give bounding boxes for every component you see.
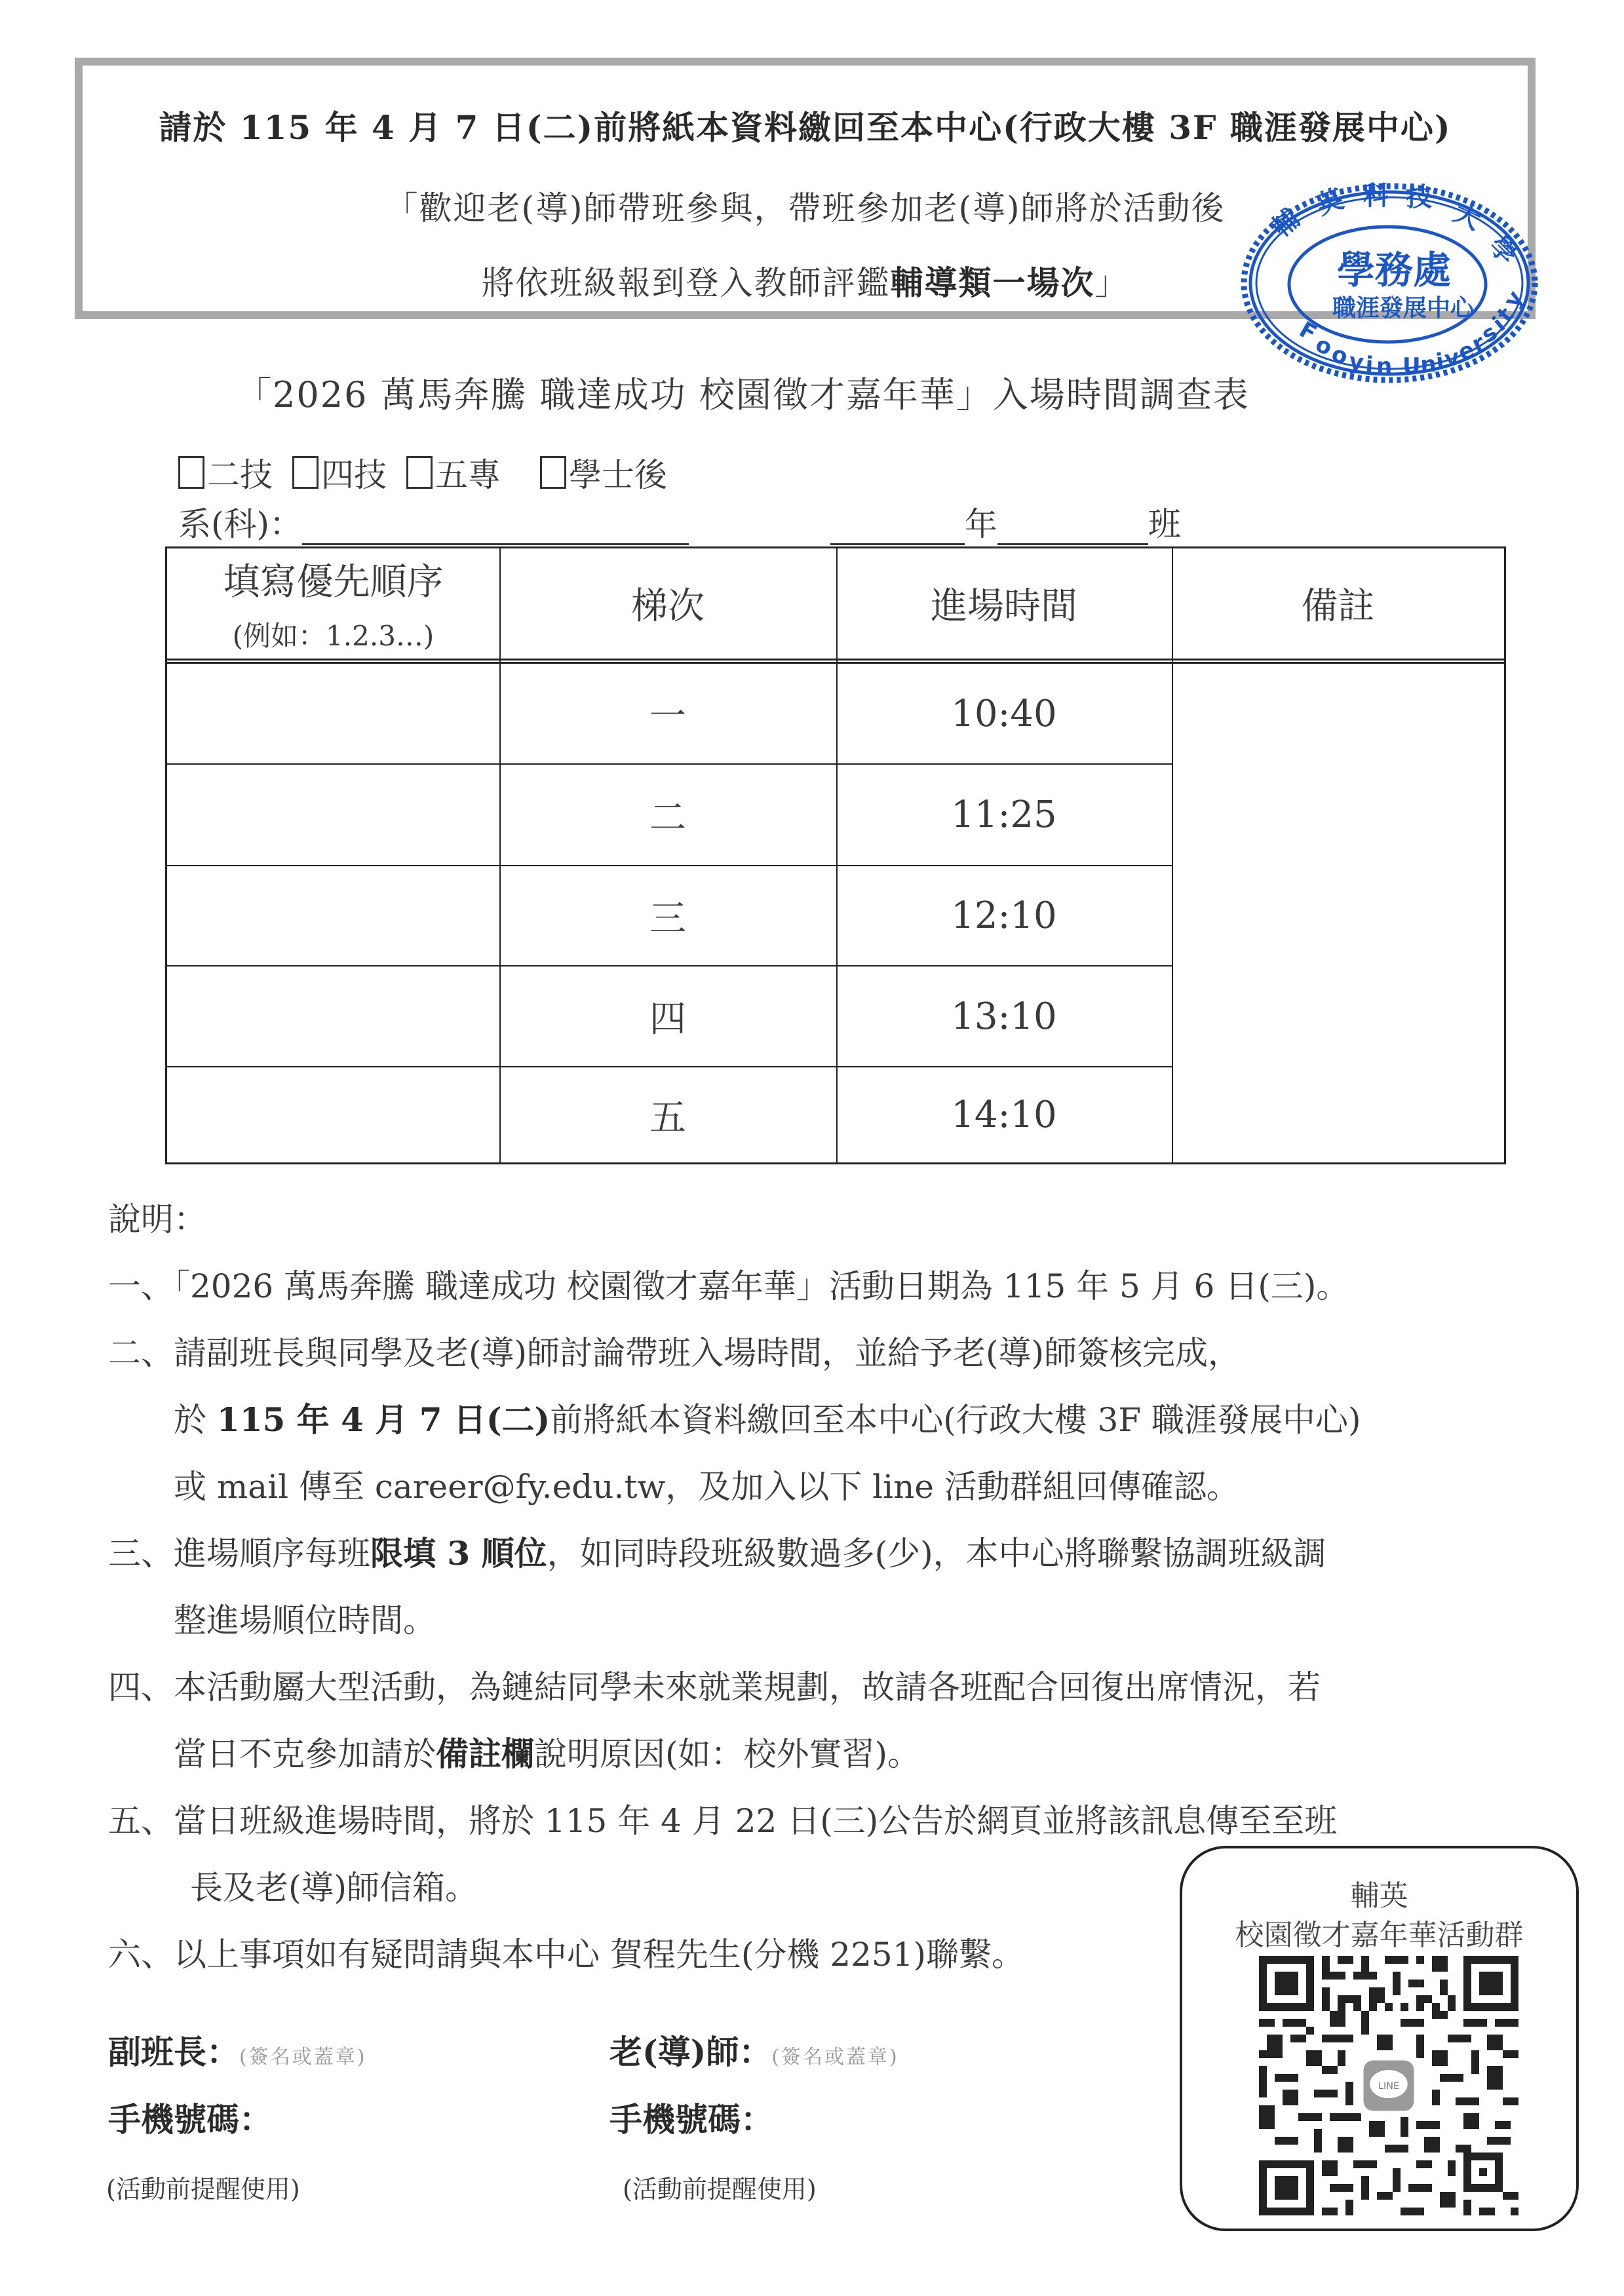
svg-text:職涯發展中心: 職涯發展中心 bbox=[1332, 295, 1475, 322]
header-priority: 填寫優先順序 (例如：1.2.3…) bbox=[167, 548, 499, 659]
department-field[interactable] bbox=[302, 512, 689, 545]
vice-leader-phone[interactable]: 手機號碼： bbox=[108, 2094, 272, 2141]
checkbox-post-bachelor[interactable] bbox=[540, 456, 566, 489]
entry-time-2: 11:25 bbox=[836, 765, 1172, 865]
program-option-5yr[interactable]: 五專 bbox=[406, 449, 501, 496]
batch-3: 三 bbox=[499, 866, 836, 965]
entry-time-4: 13:10 bbox=[836, 966, 1172, 1066]
department-label: 系(科)： bbox=[178, 505, 302, 543]
year-label: 年 bbox=[965, 505, 997, 543]
remark-input[interactable] bbox=[1173, 664, 1504, 1162]
class-field[interactable] bbox=[997, 512, 1148, 545]
batch-1: 一 bbox=[499, 664, 836, 763]
teacher-reminder-note: (活動前提醒使用) bbox=[623, 2169, 817, 2205]
teacher-phone[interactable]: 手機號碼： bbox=[609, 2094, 773, 2141]
svg-text:學務處: 學務處 bbox=[1337, 248, 1451, 292]
note-2: 二、請副班長與同學及老(導)師討論帶班入場時間，並給予老(導)師簽核完成， bbox=[108, 1320, 1550, 1387]
class-label: 班 bbox=[1148, 505, 1181, 543]
program-option-post-bachelor[interactable]: 學士後 bbox=[540, 449, 667, 496]
note-4: 四、本活動屬大型活動，為鏈結同學未來就業規劃，故請各班配合回復出席情況，若 bbox=[108, 1654, 1550, 1721]
entry-time-3: 12:10 bbox=[836, 866, 1172, 965]
note-4-cont: 當日不克參加請於備註欄說明原因(如：校外實習)。 bbox=[108, 1721, 1550, 1788]
note-2-email: 或 mail 傳至 career@fy.edu.tw，及加入以下 line 活動… bbox=[108, 1453, 1550, 1520]
form-title: 「2026 萬馬奔騰 職達成功 校園徵才嘉年華」入場時間調查表 bbox=[236, 367, 1250, 417]
program-option-2yr[interactable]: 二技 bbox=[178, 449, 273, 496]
program-option-4yr[interactable]: 四技 bbox=[292, 449, 387, 496]
priority-input-1[interactable] bbox=[167, 664, 499, 763]
program-type-options: 二技 四技 五專 學士後 bbox=[178, 449, 667, 496]
note-3: 三、進場順序每班限填 3 順位，如同時段班級數過多(少)，本中心將聯繫協調班級調 bbox=[108, 1520, 1550, 1587]
vice-leader-reminder-note: (活動前提醒使用) bbox=[106, 2169, 300, 2205]
svg-text:科: 科 bbox=[1363, 181, 1389, 211]
note-1: 一、「2026 萬馬奔騰 職達成功 校園徵才嘉年華」活動日期為 115 年 5 … bbox=[108, 1253, 1550, 1320]
svg-text:i: i bbox=[1365, 352, 1374, 379]
entry-time-table: 填寫優先順序 (例如：1.2.3…) 梯次 進場時間 備註 一 10:40 二 … bbox=[165, 546, 1506, 1164]
batch-4: 四 bbox=[499, 966, 836, 1066]
priority-input-5[interactable] bbox=[167, 1067, 499, 1162]
priority-input-2[interactable] bbox=[167, 765, 499, 865]
batch-2: 二 bbox=[499, 765, 836, 865]
line-logo-icon: LINE bbox=[1378, 2081, 1399, 2092]
batch-5: 五 bbox=[499, 1067, 836, 1162]
instructions-heading: 說明： bbox=[108, 1186, 1550, 1253]
vice-leader-signature[interactable]: 副班長：(簽名或蓋章) bbox=[108, 2026, 366, 2073]
note-2-deadline: 於 115 年 4 月 7 日(二)前將紙本資料繳回至本中心(行政大樓 3F 職… bbox=[108, 1387, 1550, 1453]
checkbox-2yr[interactable] bbox=[178, 456, 204, 489]
qr-title-group: 校園徵才嘉年華活動群 bbox=[1182, 1911, 1576, 1953]
header-divider bbox=[167, 659, 1504, 664]
submission-deadline-text: 請於 115 年 4 月 7 日(二)前將紙本資料繳回至本中心(行政大樓 3F … bbox=[83, 102, 1528, 149]
class-info-row: 系(科)： 年班 bbox=[178, 498, 1181, 545]
header-batch: 梯次 bbox=[499, 548, 836, 659]
svg-text:技: 技 bbox=[1406, 182, 1432, 212]
university-stamp-icon: 輔 英 科 技 大 學 學務處 職涯發展中心 F o o y i n U n i… bbox=[1235, 178, 1543, 388]
checkbox-4yr[interactable] bbox=[292, 456, 319, 489]
note-5: 五、當日班級進場時間，將於 115 年 4 月 22 日(三)公告於網頁並將該訊… bbox=[108, 1788, 1550, 1854]
svg-text:n: n bbox=[1376, 353, 1392, 379]
header-entry-time: 進場時間 bbox=[836, 548, 1172, 659]
svg-text:U: U bbox=[1402, 353, 1421, 379]
svg-text:n: n bbox=[1420, 351, 1437, 378]
year-field[interactable] bbox=[830, 512, 965, 545]
header-remark: 備註 bbox=[1172, 548, 1504, 659]
line-group-qr-box: 輔英 校園徵才嘉年華活動群 LI bbox=[1180, 1846, 1579, 2231]
checkbox-5yr[interactable] bbox=[406, 456, 433, 489]
teacher-signature[interactable]: 老(導)師：(簽名或蓋章) bbox=[609, 2026, 899, 2073]
priority-input-4[interactable] bbox=[167, 966, 499, 1066]
qr-title-school: 輔英 bbox=[1182, 1872, 1576, 1914]
entry-time-5: 14:10 bbox=[836, 1067, 1172, 1162]
note-3-cont: 整進場順位時間。 bbox=[108, 1587, 1550, 1654]
qr-code-icon[interactable]: LINE bbox=[1259, 1956, 1518, 2215]
entry-time-1: 10:40 bbox=[836, 664, 1172, 763]
priority-input-3[interactable] bbox=[167, 866, 499, 965]
